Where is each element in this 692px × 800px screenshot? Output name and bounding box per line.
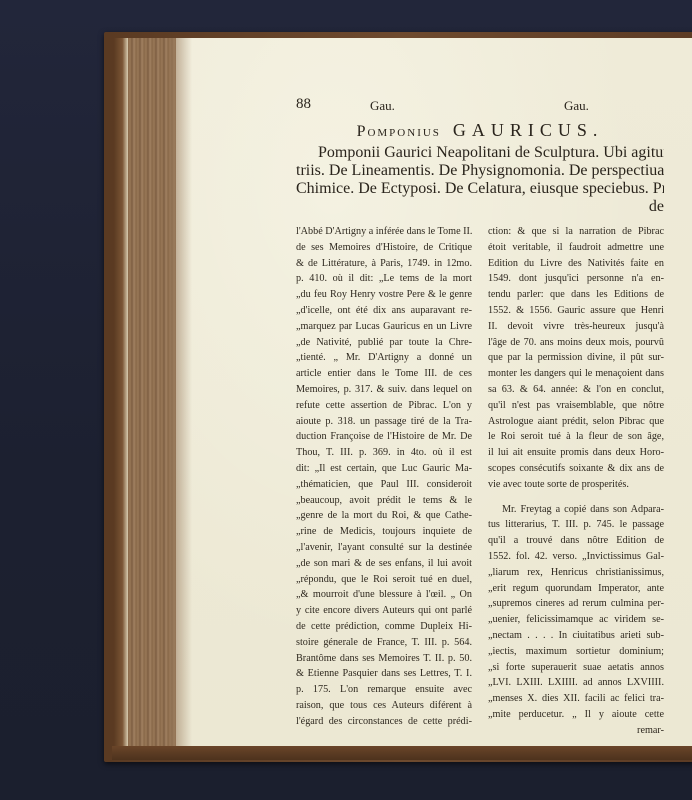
text-line: Thou, T. III. p. 369. in 4to. où il est <box>296 445 472 461</box>
text-line: tendu parler: que dans les Editions de <box>488 287 664 303</box>
text-line: y cite encore divers Auteurs qui ont par… <box>296 603 472 619</box>
text-line: 1552. & 1556. Gauric assure que Henri <box>488 303 664 319</box>
left-column: l'Abbé D'Artigny a inférée dans le Tome … <box>296 224 472 739</box>
text-line: il lui ait ensuite promis dans deux Horo… <box>488 445 664 461</box>
text-line: stoire génerale de France, T. III. p. 56… <box>296 635 472 651</box>
text-line: l'âge de 70. ans moins deux mois, pourvû <box>488 335 664 351</box>
text-line: „LVI. LXIII. LXIIII. ad annos LXVIIII. <box>488 675 664 691</box>
text-line: refute cette assertion de Pibrac. L'on y <box>296 398 472 414</box>
right-catchword: Gau. <box>564 98 589 114</box>
entry-intro: Pomponii Gaurici Neapolitani de Sculptur… <box>296 144 664 198</box>
text-line: article entier dans le Tome III. de ces <box>296 366 472 382</box>
text-line: 1549. dont jusqu'ici personne n'a en- <box>488 271 664 287</box>
text-line: „iectis, maximum sortietur dominium; <box>488 644 664 660</box>
entry-title: Pomponius GAURICUS. <box>296 120 664 140</box>
text-line: „de son mari & de ses enfans, il lui avo… <box>296 556 472 572</box>
text-line: Mr. Freytag a copié dans son Adpara- <box>488 502 664 518</box>
text-line: scopes consécutifs soixante & dix ans de <box>488 461 664 477</box>
text-line: qu'il n'est pas vraisemblable, que nôtre <box>488 398 664 414</box>
right-column: ction: & que si la narration de Pibracét… <box>488 224 664 739</box>
text-line: dit: „Il est certain, que Luc Gauric Ma- <box>296 461 472 477</box>
text-line: Astrologue aiant prédit, selon Pibrac qu… <box>488 414 664 430</box>
text-line: Edition du Livre des Nativités faite en <box>488 256 664 272</box>
text-line: „tienté. „ Mr. D'Artigny a donné un <box>296 350 472 366</box>
entry-intro-end: de <box>296 198 664 216</box>
text-line: Memoires, p. 317. & suiv. dans lequel on <box>296 382 472 398</box>
text-line: „nectam . . . . In ciuitatibus arieti su… <box>488 628 664 644</box>
text-line: & Etienne Pasquier dans ses Lettres, T. … <box>296 666 472 682</box>
cover-bottom-edge <box>112 746 692 760</box>
text-line: „liarum rex, Henricus christianissimus, <box>488 565 664 581</box>
text-line: monter les dangers qui le menaçoient dan… <box>488 366 664 382</box>
text-line: „uenier, felicissimamque ac viridem se- <box>488 612 664 628</box>
page-text: 88 Gau. Gau. Pomponius GAURICUS. Pomponi… <box>296 96 664 739</box>
text-line: duction Françoise de l'Histoire de Mr. D… <box>296 429 472 445</box>
text-line: „supremos cineres ad rerum culmina per- <box>488 596 664 612</box>
text-line: „répondu, que le Roi seroit tué en duel, <box>296 572 472 588</box>
text-line: p. 410. où il dit: „Le tems de la mort <box>296 271 472 287</box>
text-line: „si forte superauerit suae aetatis annos <box>488 660 664 676</box>
text-line: „marquez par Lucas Gauricus en un Livre <box>296 319 472 335</box>
text-line: qu'il a trouvé dans nôtre Edition de <box>488 533 664 549</box>
text-line: tus litterarius, T. III. p. 745. le pass… <box>488 517 664 533</box>
text-line: „l'avenir, l'ayant consulté sur la desti… <box>296 540 472 556</box>
text-line: 1552. fol. 42. verso. „Invictissimus Gal… <box>488 549 664 565</box>
text-line: „& mourroit d'une blessure à l'œil. „ On <box>296 587 472 603</box>
text-line: de cette prédiction, comme Dupleix Hi- <box>296 619 472 635</box>
text-line: „thématicien, que Paul III. consideroit <box>296 477 472 493</box>
text-line: „genre de la mort du Roi, & que Cathe- <box>296 508 472 524</box>
text-line: l'égard des circonstances de cette prédi… <box>296 714 472 730</box>
paragraph-gap <box>488 493 664 502</box>
left-catchword: Gau. <box>370 98 395 114</box>
text-line: „du feu Roy Henry vostre Pere & le genre <box>296 287 472 303</box>
text-line: & de Littérature, à Paris, 1749. in 12mo… <box>296 256 472 272</box>
catchword: remar- <box>488 723 664 739</box>
text-line: ction: & que si la narration de Pibrac <box>488 224 664 240</box>
text-line: raison, que tous ces Auteurs diférent à <box>296 698 472 714</box>
text-line: „mite perducetur. „ Il y aioute cette <box>488 707 664 723</box>
intro-line: Pomponii Gaurici Neapolitani de Sculptur… <box>296 144 664 162</box>
running-head: 88 Gau. Gau. <box>296 96 664 118</box>
text-line: sa 63. & 64. année: & l'on en conclut, <box>488 382 664 398</box>
text-line: de ses Memoires d'Histoire, de Critique <box>296 240 472 256</box>
text-line: II. devoit vivre très-heureux jusqu'à <box>488 319 664 335</box>
text-line: Brantôme dans ses Memoires T. II. p. 50. <box>296 651 472 667</box>
page-block-edge <box>114 38 128 746</box>
text-line: „menses X. dies XII. facili ac felici tr… <box>488 691 664 707</box>
two-columns: l'Abbé D'Artigny a inférée dans le Tome … <box>296 224 664 739</box>
text-line: l'Abbé D'Artigny a inférée dans le Tome … <box>296 224 472 240</box>
text-line: vie avec toute sorte de prosperités. <box>488 477 664 493</box>
text-line: que par la permission divine, il pût sur… <box>488 350 664 366</box>
text-line: „d'icelle, ont été dix ans auparavant re… <box>296 303 472 319</box>
text-line: „erit regum quorundam Imperator, ante <box>488 581 664 597</box>
text-line: aioute p. 318. un passage tiré de la Tra… <box>296 414 472 430</box>
entry-title-first: Pomponius <box>357 123 441 140</box>
intro-line: triis. De Lineamentis. De Physignomonia.… <box>296 162 664 180</box>
text-line: étoit veritable, il faudroit admettre un… <box>488 240 664 256</box>
text-line: „rine de Medicis, toujours inquiete de <box>296 524 472 540</box>
page-number: 88 <box>296 96 311 113</box>
entry-title-second: GAURICUS. <box>453 120 604 140</box>
text-line: p. 175. L'on remarque ensuite avec <box>296 682 472 698</box>
gutter-fade <box>170 38 192 746</box>
text-line: „de Nativité, publié par toute la Chre- <box>296 335 472 351</box>
intro-line: Chimice. De Ectyposi. De Celatura, eiusq… <box>296 180 664 198</box>
text-line: le Roi seroit tué à la fleur de son âge, <box>488 429 664 445</box>
text-line: „beaucoup, avoit prédit le tems & le <box>296 493 472 509</box>
